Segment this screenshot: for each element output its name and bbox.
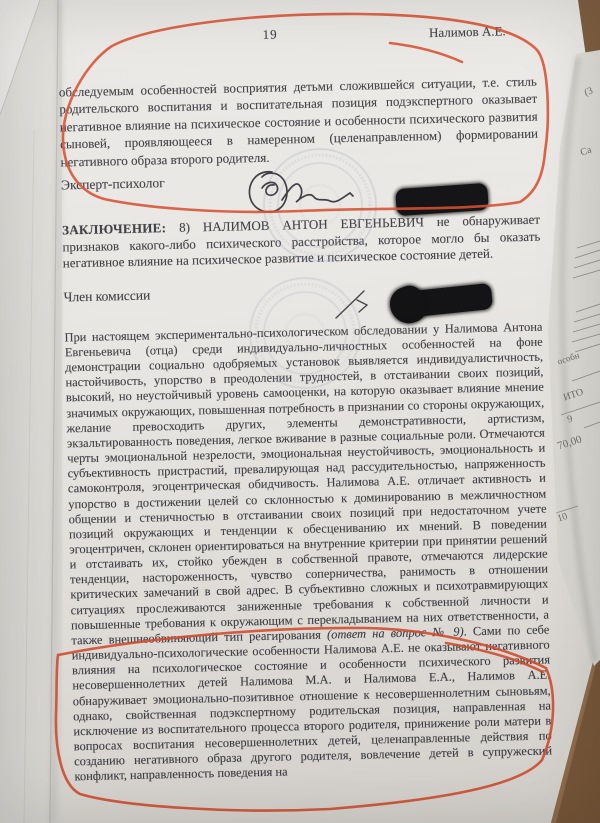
paragraph-conclusion-7: обследуемым особенностей восприятия деть… <box>59 73 539 171</box>
page-number: 19 <box>263 27 278 43</box>
desk-surface-top-right <box>578 0 600 57</box>
body-text: При настоящем экспериментально-психологи… <box>64 319 549 647</box>
paragraph-conclusion-8: ЗАКЛЮЧЕНИЕ: 8) НАЛИМОВ АНТОН ЕВГЕНЬЕВИЧ … <box>62 212 541 273</box>
answer-to-question-9-note: (ответ на вопрос № 9) <box>327 624 464 641</box>
conclusion-heading: ЗАКЛЮЧЕНИЕ: <box>62 220 167 237</box>
page-header-name: Налимов А.Е. <box>429 23 506 41</box>
paragraph-psychological-findings: При настоящем экспериментально-психологи… <box>64 319 552 784</box>
body-text: . Сами по себе индивидуально-психологиче… <box>72 622 553 783</box>
photo-of-document: (3 Са особн ИТО 9 70,00 10 19 Налимов А.… <box>0 0 600 823</box>
document-page: 19 Налимов А.Е. обследуемым особенностей… <box>57 15 552 785</box>
